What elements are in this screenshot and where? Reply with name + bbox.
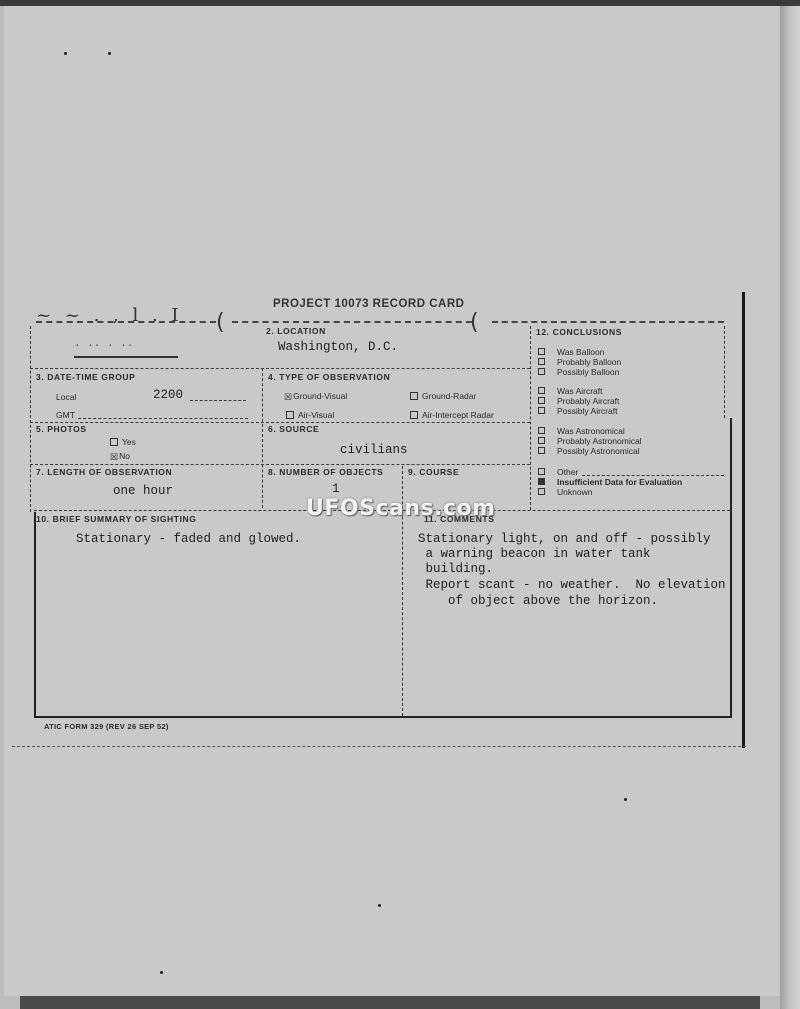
header-bracket: ( [470,310,479,335]
dust-speck [160,971,163,974]
conclusion-insufficient-data[interactable]: Insufficient Data for Evaluation [538,477,682,487]
local-label: Local [56,392,76,402]
conclusion-possibly-balloon[interactable]: Possibly Balloon [538,367,619,377]
dust-speck [378,904,381,907]
header-bracket: ( [216,310,225,335]
row-divider [30,368,530,369]
conclusion-was-astronomical[interactable]: Was Astronomical [538,426,625,436]
watermark: UFOScans.com [306,496,496,521]
location-label: 2. LOCATION [266,326,326,336]
comments-line: a warning beacon in water tank [418,547,651,561]
scan-right-edge [780,6,800,1009]
type-of-observation-label: 4. TYPE OF OBSERVATION [268,372,390,382]
form-left-border [30,326,31,512]
checkbox-empty-icon [410,411,418,419]
course-label: 9. COURSE [408,467,459,477]
conclusion-was-aircraft[interactable]: Was Aircraft [538,386,603,396]
header-rule [492,321,724,323]
conclusion-unknown[interactable]: Unknown [538,487,592,497]
row-divider [30,422,530,423]
form-right-border [724,326,725,418]
photos-label: 5. PHOTOS [36,424,87,434]
local-time-underline [190,400,246,401]
dust-speck [624,798,627,801]
checkbox-empty-icon [538,387,545,394]
form-bottom-border [34,716,732,718]
conclusion-probably-astronomical[interactable]: Probably Astronomical [538,436,642,446]
comments-line: building. [418,562,493,576]
date-value: . .. . .. [74,338,133,350]
row-divider [30,464,530,465]
length-of-observation-value: one hour [113,484,173,498]
comments-line: of object above the horizon. [418,594,658,608]
checkbox-empty-icon [538,358,545,365]
checkbox-empty-icon [286,411,294,419]
form-left-border [34,512,36,718]
comments-line: Stationary light, on and off - possibly [418,532,711,546]
checkbox-empty-icon [538,368,545,375]
checkbox-empty-icon [538,447,545,454]
checkbox-empty-icon [538,407,545,414]
header-rule [232,321,472,323]
option-photos-yes[interactable]: Yes [110,437,136,447]
option-photos-no[interactable]: ☒No [110,451,130,461]
checkbox-checked-icon [538,478,545,485]
card-title: PROJECT 10073 RECORD CARD [273,298,464,310]
option-ground-visual[interactable]: ☒Ground-Visual [284,391,347,401]
checkbox-empty-icon [538,348,545,355]
option-ground-radar[interactable]: Ground-Radar [410,391,476,401]
source-value: civilians [340,443,408,457]
other-underline [582,475,724,476]
location-value: Washington, D.C. [278,340,398,354]
scan-bottom-edge [20,996,760,1009]
conclusion-probably-balloon[interactable]: Probably Balloon [538,357,621,367]
conclusion-was-balloon[interactable]: Was Balloon [538,347,604,357]
comments-line: Report scant - no weather. No elevation [418,578,726,592]
number-of-objects-value: 1 [332,482,340,496]
checkbox-empty-icon [538,437,545,444]
source-label: 6. SOURCE [268,424,319,434]
dust-speck [64,52,67,55]
conclusion-possibly-astronomical[interactable]: Possibly Astronomical [538,446,640,456]
conclusion-possibly-aircraft[interactable]: Possibly Aircraft [538,406,617,416]
checkbox-empty-icon [538,397,545,404]
length-of-observation-label: 7. LENGTH OF OBSERVATION [36,467,172,477]
conclusions-divider [530,326,531,510]
checkbox-empty-icon [538,427,545,434]
gmt-label: GMT [56,410,75,420]
local-time-value: 2200 [153,388,183,402]
form-number: ATIC FORM 329 (REV 26 SEP 52) [44,722,169,731]
conclusion-other[interactable]: Other [538,467,578,477]
brief-summary-label: 10. BRIEF SUMMARY OF SIGHTING [36,514,197,524]
checkbox-empty-icon [110,438,118,446]
number-of-objects-label: 8. NUMBER OF OBJECTS [268,467,383,477]
form-right-border [730,418,732,718]
card-outer-right-border [742,292,745,748]
conclusions-label: 12. CONCLUSIONS [536,327,622,337]
conclusion-probably-aircraft[interactable]: Probably Aircraft [538,396,619,406]
date-time-group-label: 3. DATE-TIME GROUP [36,372,135,382]
option-air-intercept-radar[interactable]: Air-Intercept Radar [410,410,494,420]
column-divider [262,368,263,508]
dust-speck [108,52,111,55]
checkbox-empty-icon [538,468,545,475]
brief-summary-value: Stationary - faded and glowed. [76,532,301,546]
checkbox-checked-icon: ☒ [110,454,118,460]
card-outer-bottom-border [12,746,746,747]
option-air-visual[interactable]: Air-Visual [286,410,334,420]
checkbox-checked-icon: ☒ [284,394,292,400]
header-rule [36,321,216,323]
date-underline [74,356,178,358]
gmt-underline [78,418,248,419]
checkbox-empty-icon [410,392,418,400]
checkbox-empty-icon [538,488,545,495]
